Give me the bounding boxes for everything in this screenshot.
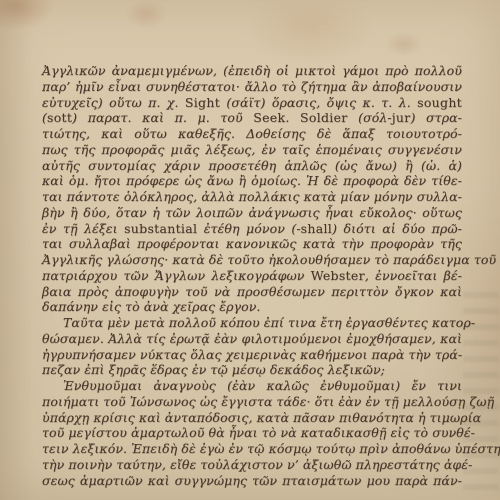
text-line: ται πάντοτε ὁλόκληρος, ἀλλὰ πολλάκις κατ… bbox=[42, 189, 462, 205]
text-line: ποιήματι τοῦ Ἰώνσωνος ὡς ἔγγιστα τάδε· ὅ… bbox=[42, 394, 462, 410]
text-line: πατριάρχου τῶν Ἄγγλων λεξικογράφων Webst… bbox=[42, 268, 462, 284]
text-line: βὴν ἢ δύο, ὅταν ἡ τῶν λοιπῶν ἀνάγνωσις ἦ… bbox=[42, 205, 462, 221]
book-page: Ἀγγλικῶν ἀναμεμιγμένων, (ἐπειδὴ οἱ μικτο… bbox=[0, 0, 500, 500]
text-line: καὶ ὁμ. ἤτοι πρόφερε ὡς ἄνω ἢ ὁμοίως. Ἡ … bbox=[42, 173, 462, 189]
text-line: βαια πρὸς ἀποφυγὴν τοῦ νὰ προσθέσωμεν πε… bbox=[42, 284, 462, 300]
text-line: Ἐνθυμοῦμαι ἀναγνοὺς (ἐὰν καλῶς ἐνθυμοῦμα… bbox=[42, 378, 462, 394]
text-line: παρ’ ἡμῖν εἶναι συνηθέστατοι· ἄλλο τὸ ζή… bbox=[42, 79, 462, 95]
text-line: θώσαμεν. Ἀλλὰ τίς ἐρωτᾷ ἐὰν φιλοτιμούμεν… bbox=[42, 331, 462, 347]
text-line: τὴν ποινὴν ταύτην, εἴθε τοὐλάχιστον ν’ ἀ… bbox=[42, 457, 462, 473]
text-line: ἐν τῇ λέξει substantial ἐτέθη μόνον (-sh… bbox=[42, 221, 462, 237]
text-line: Ταῦτα μὲν μετὰ πολλοῦ κόπου ἐπί τινα ἔτη… bbox=[42, 315, 462, 331]
text-line: δαπάνην εἰς τὸ ἀνὰ χεῖρας ἔργον. bbox=[42, 299, 462, 315]
text-line: (sott) παρατ. καὶ π. μ. τοῦ Seek. Soldie… bbox=[42, 110, 462, 126]
text-line: αὐτῆς συντομίας χάριν προσετέθη ἁπλῶς (ὡ… bbox=[42, 158, 462, 174]
text-line: τειν λεξικόν. Ἐπειδὴ δὲ ἐγὼ ἐν τῷ κόσμῳ … bbox=[42, 441, 462, 457]
text-line: ὑπάρχῃ κρίσις καὶ ἀνταπόδοσις, κατὰ πᾶσα… bbox=[42, 410, 462, 426]
text-line: τιώτης, καὶ οὕτω καθεξῆς. Δοθείσης δὲ ἅπ… bbox=[42, 126, 462, 142]
text-line: πεζαν ἐπὶ ξηρᾶς ἕδρας ἐν τῷ μέσῳ δεκάδος… bbox=[42, 362, 462, 378]
text-line: ται συλλαβαὶ προφέρονται κανονικῶς κατὰ … bbox=[42, 236, 462, 252]
text-line: εὐτυχεῖς) οὕτω π. χ. Sight (σάϊτ) ὅρασις… bbox=[42, 95, 462, 111]
text-line: πως τῆς προφορᾶς μιᾶς λέξεως, ἐν ταῖς ἑπ… bbox=[42, 142, 462, 158]
text-line: Ἀγγλικῶν ἀναμεμιγμένων, (ἐπειδὴ οἱ μικτο… bbox=[42, 63, 462, 79]
text-line: σεως ἁμαρτιῶν καὶ συγγνώμης τῶν πταισμάτ… bbox=[42, 473, 462, 489]
text-line: Ἀγγλικῆς γλώσσης· κατὰ δὲ τοῦτο ἠκολουθή… bbox=[42, 252, 462, 268]
text-line: τοῦ μεγίστου ἁμαρτωλοῦ θὰ ἦναι τὸ νὰ κατ… bbox=[42, 425, 462, 441]
page-text-block: Ἀγγλικῶν ἀναμεμιγμένων, (ἐπειδὴ οἱ μικτο… bbox=[42, 63, 462, 488]
text-line: ἠγρυπνήσαμεν νύκτας ὅλας χειμερινὰς καθή… bbox=[42, 347, 462, 363]
